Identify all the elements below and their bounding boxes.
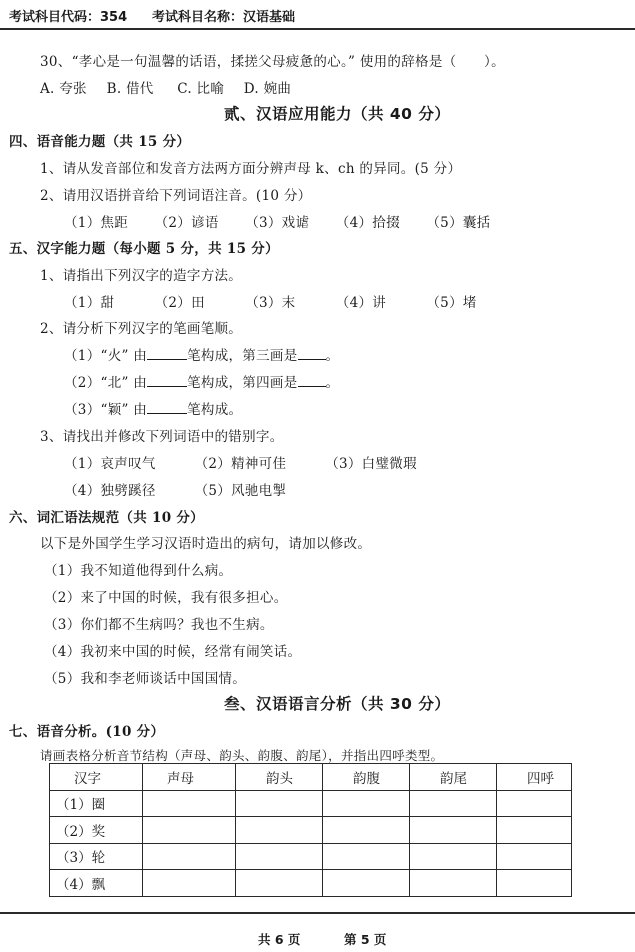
option-b: B. 借代 (107, 77, 173, 97)
header-divider (0, 28, 635, 30)
sentence-item-5: （5）我和李老师谈话中国国情。 (44, 667, 246, 687)
answer-cell[interactable] (323, 843, 410, 870)
stroke-item-prefix: （1）“火” 由 (64, 348, 147, 364)
section-4-q1: 1、请从发音部位和发音方法两方面分辨声母 k、ch 的异同。(5 分） (40, 157, 461, 177)
part-2-title: 贰、汉语应用能力（共 40 分） (224, 102, 450, 124)
char-item: （3）末 (245, 291, 331, 311)
answer-cell[interactable] (236, 790, 323, 817)
hanzi-cell: （2）奖 (50, 817, 143, 844)
sentence-item-4: （4）我初来中国的时候，经常有闹笑话。 (44, 640, 301, 660)
hanzi-cell: （4）飘 (50, 870, 143, 897)
answer-cell[interactable] (410, 843, 497, 870)
answer-cell[interactable] (143, 870, 236, 897)
answer-cell[interactable] (236, 870, 323, 897)
char-item: （2）田 (155, 291, 241, 311)
table-row: （1）圈 (50, 790, 572, 817)
question-30-options: A. 夸张 B. 借代 C. 比喻 D. 婉曲 (40, 77, 291, 97)
answer-blank[interactable] (147, 401, 187, 414)
current-page: 第 5 页 (344, 930, 386, 948)
col-header-coda: 韵尾 (410, 764, 497, 791)
col-header-initial: 声母 (143, 764, 236, 791)
total-pages: 共 6 页 (258, 930, 300, 948)
table-row: （3）轮 (50, 843, 572, 870)
sentence-item-1: （1）我不知道他得到什么病。 (44, 559, 232, 579)
col-header-medial: 韵头 (236, 764, 323, 791)
idiom-item: （1）哀声叹气 (64, 452, 190, 472)
answer-cell[interactable] (497, 870, 572, 897)
part-3-title: 叁、汉语语言分析（共 30 分） (224, 692, 450, 714)
table-row: （2）奖 (50, 817, 572, 844)
col-header-nucleus: 韵腹 (323, 764, 410, 791)
answer-cell[interactable] (236, 843, 323, 870)
answer-cell[interactable] (236, 817, 323, 844)
stroke-item-3: （3）“颖” 由笔构成。 (64, 398, 242, 418)
option-d: D. 婉曲 (244, 77, 291, 97)
answer-cell[interactable] (323, 817, 410, 844)
stroke-item-2: （2）“北” 由笔构成，第四画是。 (64, 371, 339, 391)
section-5-q2: 2、请分析下列汉字的笔画笔顺。 (40, 317, 242, 337)
word-item: （5）囊括 (426, 211, 490, 231)
section-5-q1: 1、请指出下列汉字的造字方法。 (40, 264, 242, 284)
table-row: （4）飘 (50, 870, 572, 897)
section-5-q3: 3、请找出并修改下列词语中的错别字。 (40, 425, 284, 445)
word-item: （2）谚语 (155, 211, 241, 231)
answer-cell[interactable] (143, 843, 236, 870)
answer-cell[interactable] (497, 790, 572, 817)
idiom-item: （5）风驰电掣 (195, 479, 287, 499)
answer-blank[interactable] (298, 347, 326, 360)
answer-cell[interactable] (143, 790, 236, 817)
word-item: （3）戏谑 (245, 211, 331, 231)
answer-blank[interactable] (147, 374, 187, 387)
section-7-title: 七、语音分析。(10 分） (9, 720, 164, 740)
char-item: （1）甜 (64, 291, 150, 311)
sentence-item-3: （3）你们都不生病吗？我也不生病。 (44, 613, 274, 633)
answer-cell[interactable] (497, 843, 572, 870)
section-4-q2: 2、请用汉语拼音给下列词语注音。(10 分） (40, 184, 311, 204)
section-6-title: 六、词汇语法规范（共 10 分） (9, 506, 204, 526)
option-c: C. 比喻 (177, 77, 239, 97)
stroke-item-mid: 笔构成。 (187, 402, 242, 418)
section-6-intro: 以下是外国学生学习汉语时造出的病句，请加以修改。 (40, 532, 371, 552)
col-header-four-hu: 四呼 (497, 764, 572, 791)
sentence-item-2: （2）来了中国的时候，我有很多担心。 (44, 586, 288, 606)
syllable-analysis-table: 汉字 声母 韵头 韵腹 韵尾 四呼 （1）圈 （2）奖 （3）轮 （4）飘 (49, 763, 572, 897)
stroke-item-prefix: （2）“北” 由 (64, 375, 147, 391)
char-item: （5）堵 (426, 291, 476, 311)
word-item: （1）焦距 (64, 211, 150, 231)
answer-cell[interactable] (323, 790, 410, 817)
word-item: （4）拾掇 (336, 211, 422, 231)
exam-code: 考试科目代码：354 (9, 6, 127, 25)
question-30-stem: 30、“孝心是一句温馨的话语，揉搓父母疲惫的心。” 使用的辞格是（ ）。 (40, 50, 505, 70)
section-5-q1-items: （1）甜 （2）田 （3）末 （4）讲 （5）堵 (64, 291, 477, 311)
hanzi-cell: （3）轮 (50, 843, 143, 870)
stroke-item-1: （1）“火” 由笔构成，第三画是。 (64, 344, 339, 364)
char-item: （4）讲 (336, 291, 422, 311)
answer-cell[interactable] (497, 817, 572, 844)
stroke-item-mid: 笔构成，第四画是 (187, 375, 297, 391)
answer-cell[interactable] (323, 870, 410, 897)
section-4-title: 四、语音能力题（共 15 分） (9, 130, 190, 150)
col-header-hanzi: 汉字 (50, 764, 143, 791)
hanzi-cell: （1）圈 (50, 790, 143, 817)
exam-subject-name: 考试科目名称：汉语基础 (152, 6, 295, 25)
answer-blank[interactable] (147, 347, 187, 360)
stroke-item-end: 。 (326, 375, 340, 391)
answer-cell[interactable] (410, 870, 497, 897)
stroke-item-mid: 笔构成，第三画是 (187, 348, 297, 364)
answer-blank[interactable] (298, 374, 326, 387)
section-4-q2-items: （1）焦距 （2）谚语 （3）戏谑 （4）拾掇 （5）囊括 (64, 211, 490, 231)
answer-cell[interactable] (410, 790, 497, 817)
section-5-q3-row1: （1）哀声叹气 （2）精神可佳 （3）白璧微瑕 (64, 452, 417, 472)
table-header-row: 汉字 声母 韵头 韵腹 韵尾 四呼 (50, 764, 572, 791)
answer-cell[interactable] (410, 817, 497, 844)
section-7-intro: 请画表格分析音节结构（声母、韵头、韵腹、韵尾），并指出四呼类型。 (40, 746, 443, 764)
idiom-item: （3）白璧微瑕 (325, 452, 417, 472)
footer-divider (0, 912, 635, 914)
option-a: A. 夸张 (40, 77, 102, 97)
idiom-item: （2）精神可佳 (195, 452, 321, 472)
stroke-item-end: 。 (326, 348, 340, 364)
stroke-item-prefix: （3）“颖” 由 (64, 402, 147, 418)
section-5-q3-row2: （4）独劈蹊径 （5）风驰电掣 (64, 479, 286, 499)
section-5-title: 五、汉字能力题（每小题 5 分，共 15 分） (9, 237, 279, 257)
idiom-item: （4）独劈蹊径 (64, 479, 190, 499)
answer-cell[interactable] (143, 817, 236, 844)
